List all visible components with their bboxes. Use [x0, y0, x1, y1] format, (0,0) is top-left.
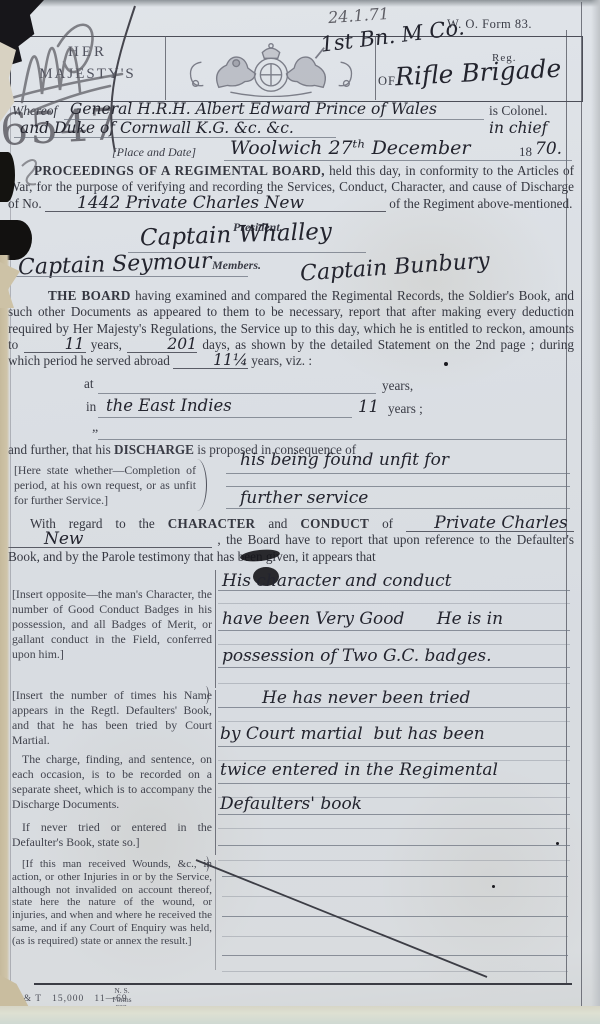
abroad-years-handwritten: 11¼ [173, 353, 248, 369]
character-answer-line1: His character and conduct [222, 571, 451, 591]
defaulters-answer-line4: Defaulters' book [220, 794, 362, 814]
ditto-mark: „ [92, 420, 98, 436]
ruled-line [218, 603, 570, 604]
defaulters-note-p3: If never tried or entered in the Default… [12, 820, 212, 850]
ruled-line [98, 417, 352, 418]
ink-dot [492, 885, 495, 888]
ruled-line [218, 667, 570, 668]
ruled-line [222, 896, 568, 897]
ruled-line [218, 783, 570, 784]
scan-edge-bottom [0, 1006, 600, 1024]
ink-dot [444, 362, 448, 366]
discharge-intro-pre: and further, that his [8, 442, 111, 457]
ruled-line [218, 721, 570, 722]
of-label: OF [378, 74, 396, 89]
ruled-line [218, 590, 570, 591]
year-handwritten: 70. [535, 139, 562, 159]
years-handwritten: 11 [24, 337, 86, 353]
in-label: in [86, 399, 96, 415]
discharge-note: [Here state whether—Completion of period… [14, 463, 196, 508]
ruled-line [98, 439, 566, 440]
ruled-line [226, 486, 570, 487]
service-lead: THE BOARD [48, 288, 131, 303]
note-brace [198, 686, 209, 704]
ruled-line [218, 860, 570, 861]
header-her: HER [10, 44, 165, 61]
ruled-line [224, 160, 572, 161]
ruled-line [222, 876, 568, 877]
proceedings-paragraph: PROCEEDINGS OF A REGIMENTAL BOARD, held … [8, 163, 574, 212]
discharge-reason-line2: further service [240, 488, 368, 508]
place-date-label: [Place and Date] [112, 145, 196, 160]
in-years-label: years ; [388, 401, 423, 417]
wounds-note: [If this man received Wounds, &c., in ac… [12, 858, 212, 948]
character-name-handwritten-2: New [8, 532, 212, 548]
ruled-line [226, 473, 570, 474]
character-answer-line2: have been Very Good He is in [222, 609, 503, 629]
ruled-line [222, 936, 568, 937]
character-intro-of: of [382, 516, 393, 531]
ruled-line [222, 916, 568, 917]
ruled-line [6, 276, 248, 277]
character-word: CHARACTER [168, 516, 256, 531]
ruled-line [218, 707, 570, 708]
proceedings-tail: of the Regiment above-mentioned. [389, 196, 572, 211]
ruled-line [218, 630, 570, 631]
ruled-line [222, 971, 568, 972]
defaulters-answer-line2: by Court martial but has been [220, 724, 485, 744]
ruled-line [222, 955, 568, 956]
character-paragraph: With regard to the CHARACTER and CONDUCT… [8, 516, 574, 565]
header-divider-left [165, 36, 166, 100]
character-name-handwritten-1: Private Charles [406, 516, 574, 532]
year-printed: 18 [519, 144, 532, 160]
colonel-name-handwritten: General H.R.H. Albert Edward Prince of W… [70, 100, 437, 118]
scan-edge-top [0, 0, 600, 7]
answer-divider [215, 860, 216, 970]
at-label: at [84, 376, 94, 392]
defaulters-answer-line1: He has never been tried [262, 688, 470, 708]
years-label: years, [91, 337, 122, 352]
defaulters-answer-line3: twice entered in the Regimental [220, 760, 498, 780]
ruled-line [218, 845, 570, 846]
ink-dot [556, 842, 559, 845]
defaulters-note-p2: The charge, finding, and sentence, on ea… [12, 752, 212, 812]
answer-divider [215, 570, 216, 688]
days-handwritten: 201 [127, 337, 197, 353]
is-colonel-label: is Colonel. [489, 103, 548, 119]
whereof-label: Whereof [12, 103, 57, 119]
place-date-handwritten: Woolwich 27ᵗʰ December [230, 137, 470, 159]
soldier-name-handwritten: 1442 Private Charles New [45, 196, 386, 212]
note-brace [198, 856, 209, 872]
members-label: Members. [212, 258, 261, 273]
character-note: [Insert opposite—the man's Character, th… [12, 587, 212, 662]
scan-edge-right [591, 0, 600, 1024]
scanned-discharge-form: 24.1.71 W. O. Form 83. HER MAJESTY'S [0, 0, 600, 1024]
discharge-word: DISCHARGE [114, 442, 194, 457]
ruled-line [218, 683, 570, 684]
service-paragraph: THE BOARD having examined and compared t… [8, 288, 574, 369]
right-margin-rule-outer [581, 2, 582, 1014]
ruled-line [218, 828, 570, 829]
ruled-line [218, 746, 570, 747]
ruled-line [218, 644, 570, 645]
defaulters-note-p1: [Insert the number of times his Name app… [12, 688, 212, 748]
duke-handwritten: and Duke of Cornwall K.G. &c. &c. [20, 119, 294, 137]
header-majestys: MAJESTY'S [10, 66, 165, 83]
at-years-label: years, [382, 378, 413, 394]
ruled-line [226, 508, 570, 509]
in-chief-handwritten: in chief [489, 119, 547, 137]
character-intro-and: and [268, 516, 287, 531]
answer-divider [215, 690, 216, 855]
viz-label: years, viz. : [251, 353, 312, 368]
abroad-location-handwritten: the East Indies [106, 396, 232, 415]
ruled-line [218, 814, 570, 815]
discharge-reason-line1: his being found unfit for [240, 450, 449, 470]
bottom-rule [34, 983, 572, 985]
conduct-word: CONDUCT [300, 516, 369, 531]
ruled-line [98, 393, 376, 394]
character-answer-line3: possession of Two G.C. badges. [222, 646, 492, 666]
proceedings-lead: PROCEEDINGS OF A REGIMENTAL BOARD, [34, 163, 325, 178]
abroad-years-value-handwritten: 11 [358, 397, 379, 416]
